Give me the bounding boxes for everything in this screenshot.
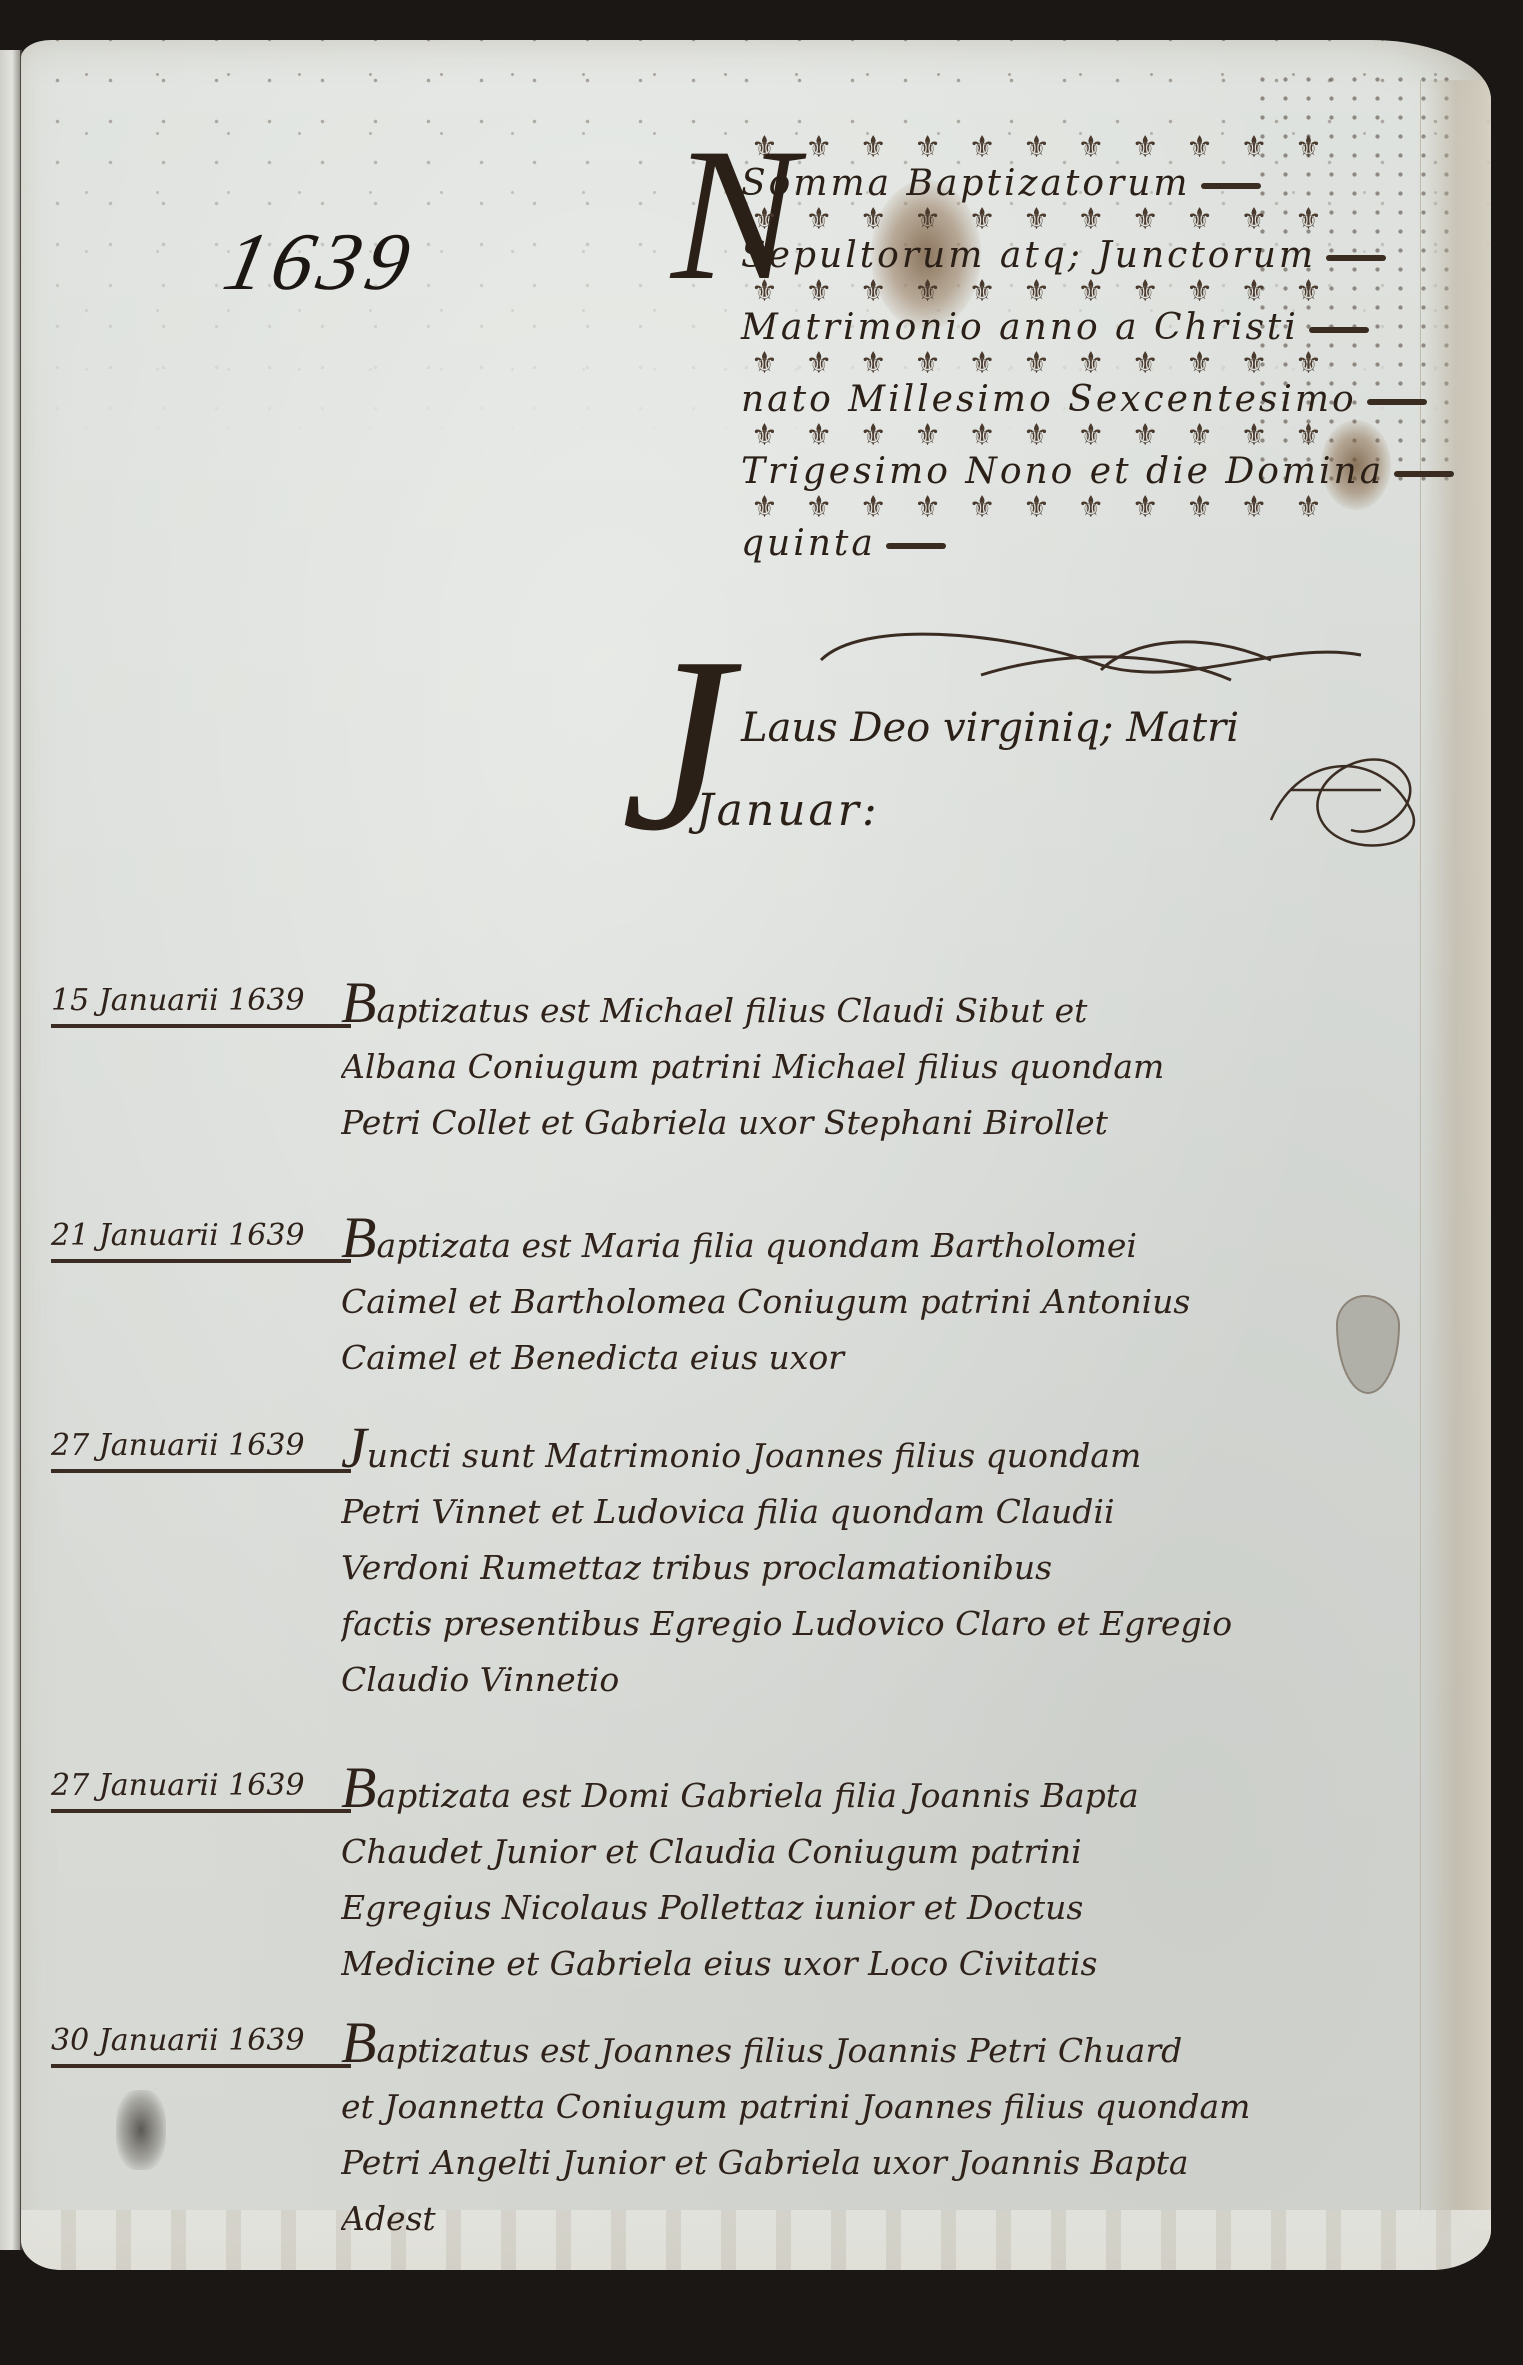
entry-line: Egregius Nicolaus Pollettaz iunior et Do… <box>341 1880 1461 1936</box>
entry-line: Baptizatus est Michael filius Claudi Sib… <box>341 975 1461 1039</box>
entry-line: Juncti sunt Matrimonio Joannes filius qu… <box>341 1420 1461 1484</box>
entry-line: Baptizata est Domi Gabriela filia Joanni… <box>341 1760 1461 1824</box>
heading-text: Matrimonio anno a Christi <box>741 307 1299 348</box>
entry-line: Adest <box>341 2191 1461 2247</box>
heading-text: quinta <box>741 523 876 564</box>
heading-line: quinta <box>671 526 1441 562</box>
knot-flourish-icon <box>1261 730 1441 860</box>
register-page: 1639 N ⚜ ⚜ ⚜ ⚜ ⚜ ⚜ ⚜ ⚜ ⚜ ⚜ ⚜ Somma Bapti… <box>21 40 1491 2270</box>
entry-text: Juncti sunt Matrimonio Joannes filius qu… <box>341 1420 1461 1708</box>
ink-blot <box>116 2090 166 2170</box>
invocation-text: Laus Deo virginiq; Matri <box>741 705 1239 751</box>
facing-page-edge <box>0 50 22 2250</box>
invocation-block: J Laus Deo virginiq; Matri Januar: <box>621 620 1461 920</box>
entry-line: Baptizatus est Joannes filius Joannis Pe… <box>341 2015 1461 2079</box>
line-filler <box>1201 183 1261 189</box>
month-heading: Januar: <box>696 785 880 836</box>
entry-date: 27 Januarii 1639 <box>51 1428 351 1473</box>
entry-line: Baptizata est Maria filia quondam Bartho… <box>341 1210 1461 1274</box>
entry-text: Baptizata est Domi Gabriela filia Joanni… <box>341 1760 1461 1992</box>
entry-line: et Joannetta Coniugum patrini Joannes fi… <box>341 2079 1461 2135</box>
heading-text: Somma Baptizatorum <box>741 163 1191 204</box>
entry-line: Medicine et Gabriela eius uxor Loco Civi… <box>341 1936 1461 1992</box>
entry-line: Petri Vinnet et Ludovica filia quondam C… <box>341 1484 1461 1540</box>
flourish-row: ⚜ ⚜ ⚜ ⚜ ⚜ ⚜ ⚜ ⚜ ⚜ ⚜ ⚜ <box>671 130 1441 166</box>
year-heading: 1639 <box>216 215 424 309</box>
calligraphic-flourish-icon <box>801 620 1401 700</box>
line-filler <box>1367 399 1427 405</box>
entry-text: Baptizatus est Michael filius Claudi Sib… <box>341 975 1461 1151</box>
entry-line: Petri Collet et Gabriela uxor Stephani B… <box>341 1095 1461 1151</box>
flourish-row: ⚜ ⚜ ⚜ ⚜ ⚜ ⚜ ⚜ ⚜ ⚜ ⚜ ⚜ <box>671 346 1441 382</box>
flourish-row: ⚜ ⚜ ⚜ ⚜ ⚜ ⚜ ⚜ ⚜ ⚜ ⚜ ⚜ <box>671 202 1441 238</box>
flourish-row: ⚜ ⚜ ⚜ ⚜ ⚜ ⚜ ⚜ ⚜ ⚜ ⚜ ⚜ <box>671 274 1441 310</box>
entry-line: Caimel et Bartholomea Coniugum patrini A… <box>341 1274 1461 1330</box>
heading-line: Matrimonio anno a Christi <box>671 310 1441 346</box>
entry-line: Verdoni Rumettaz tribus proclamationibus <box>341 1540 1461 1596</box>
heading-line: Somma Baptizatorum <box>671 166 1441 202</box>
entry-date: 27 Januarii 1639 <box>51 1768 351 1813</box>
line-filler <box>1309 327 1369 333</box>
entry-line: Petri Angelti Junior et Gabriela uxor Jo… <box>341 2135 1461 2191</box>
manuscript-scan: 1639 N ⚜ ⚜ ⚜ ⚜ ⚜ ⚜ ⚜ ⚜ ⚜ ⚜ ⚜ Somma Bapti… <box>0 0 1523 2365</box>
line-filler <box>886 543 946 549</box>
entry-line: Chaudet Junior et Claudia Coniugum patri… <box>341 1824 1461 1880</box>
entry-line: Albana Coniugum patrini Michael filius q… <box>341 1039 1461 1095</box>
entry-date: 21 Januarii 1639 <box>51 1218 351 1263</box>
heading-text: nato Millesimo Sexcentesimo <box>741 379 1357 420</box>
heading-line: Sepultorum atq; Junctorum <box>671 238 1441 274</box>
entry-text: Baptizatus est Joannes filius Joannis Pe… <box>341 2015 1461 2247</box>
entry-text: Baptizata est Maria filia quondam Bartho… <box>341 1210 1461 1386</box>
line-filler <box>1326 255 1386 261</box>
heading-line: nato Millesimo Sexcentesimo <box>671 382 1441 418</box>
entry-line: Caimel et Benedicta eius uxor <box>341 1330 1461 1386</box>
entry-line: factis presentibus Egregio Ludovico Clar… <box>341 1596 1461 1652</box>
line-filler <box>1394 471 1454 477</box>
heading-text: Sepultorum atq; Junctorum <box>741 235 1316 276</box>
register-heading: N ⚜ ⚜ ⚜ ⚜ ⚜ ⚜ ⚜ ⚜ ⚜ ⚜ ⚜ Somma Baptizator… <box>671 130 1441 562</box>
heading-line: Trigesimo Nono et die Domina <box>671 454 1441 490</box>
heading-text: Trigesimo Nono et die Domina <box>741 451 1384 492</box>
entry-line: Claudio Vinnetio <box>341 1652 1461 1708</box>
flourish-row: ⚜ ⚜ ⚜ ⚜ ⚜ ⚜ ⚜ ⚜ ⚜ ⚜ ⚜ <box>671 418 1441 454</box>
flourish-row: ⚜ ⚜ ⚜ ⚜ ⚜ ⚜ ⚜ ⚜ ⚜ ⚜ ⚜ <box>671 490 1441 526</box>
entry-date: 15 Januarii 1639 <box>51 983 351 1028</box>
entry-date: 30 Januarii 1639 <box>51 2023 351 2068</box>
